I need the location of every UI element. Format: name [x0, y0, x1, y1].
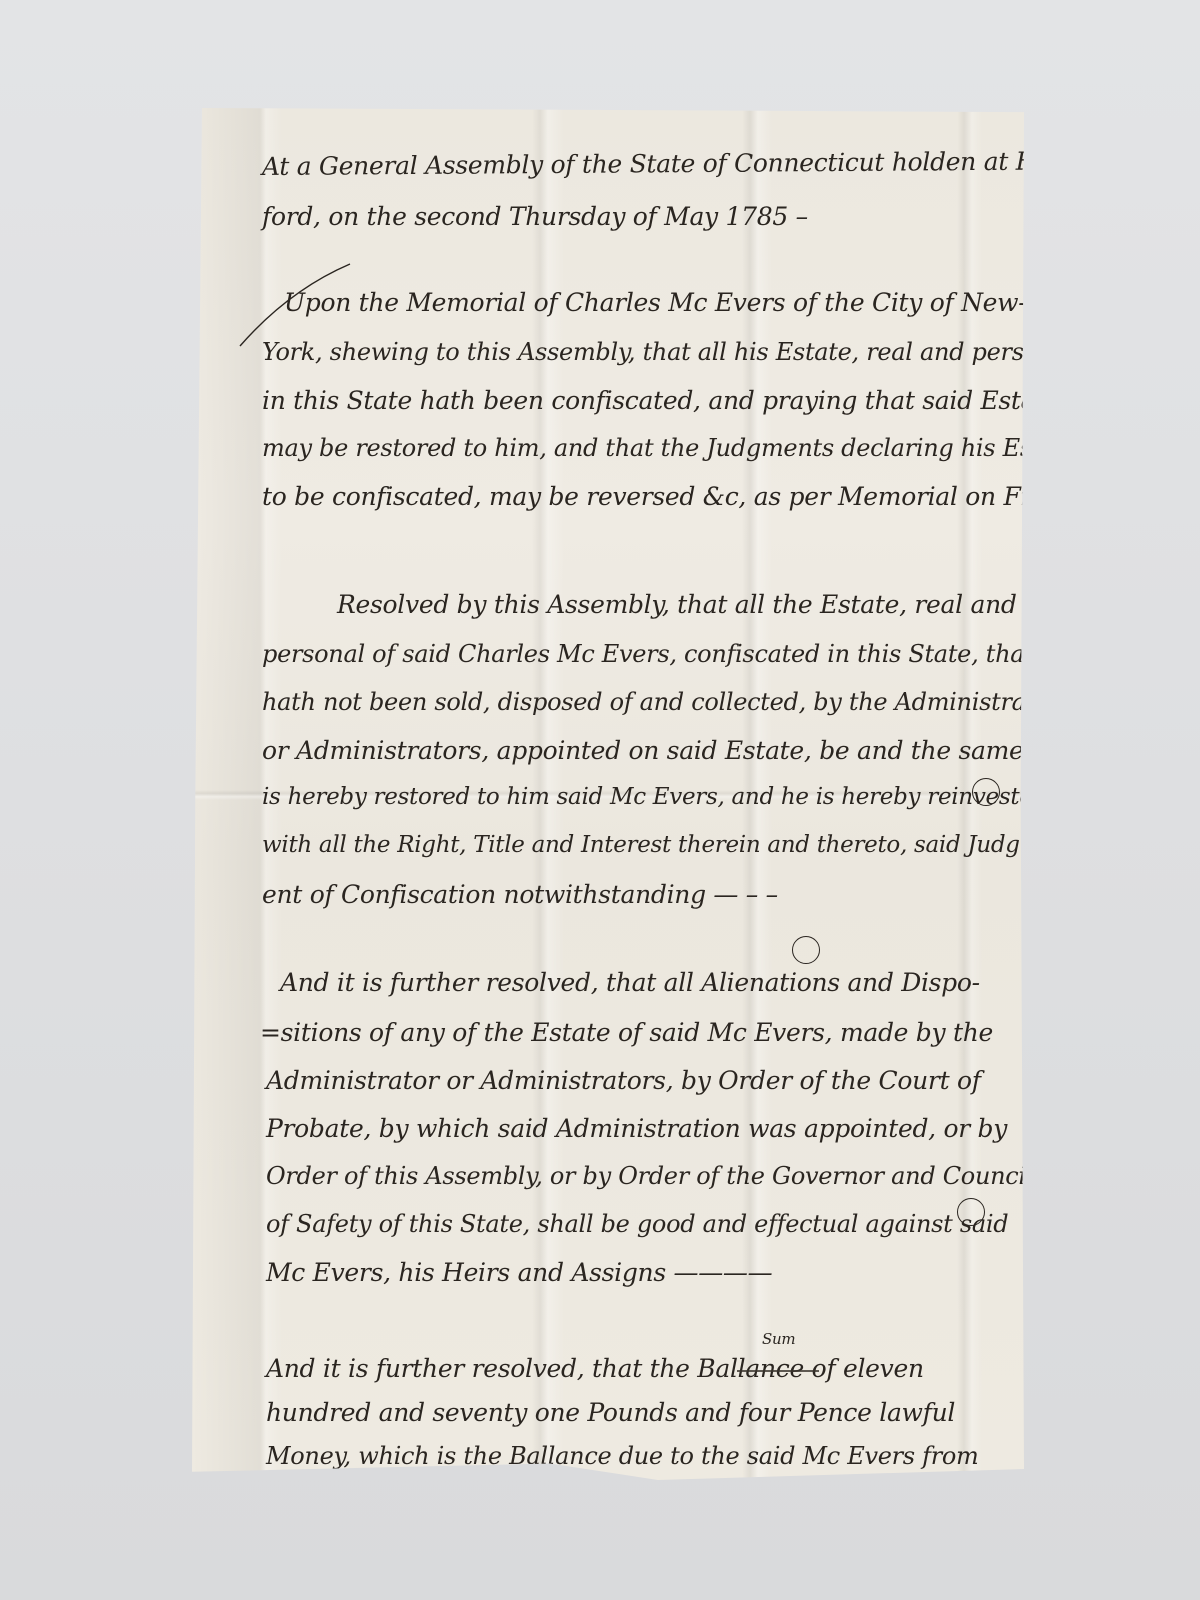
resolution-3-line: And it is further resolved, that the Bal…: [266, 1354, 924, 1383]
memorial-line: Upon the Memorial of Charles Mc Evers of…: [284, 288, 1026, 317]
resolution-1-line: personal of said Charles Mc Evers, confi…: [262, 640, 1034, 668]
resolution-3-line: Money, which is the Ballance due to the …: [266, 1442, 979, 1470]
heading-line: ford, on the second Thursday of May 1785…: [262, 202, 808, 231]
resolution-3-line: hundred and seventy one Pounds and four …: [266, 1398, 955, 1427]
manuscript-page: At a General Assembly of the State of Co…: [192, 108, 1024, 1480]
memorial-line: to be confiscated, may be reversed &c, a…: [262, 482, 1070, 511]
resolution-1-line: with all the Right, Title and Interest t…: [262, 832, 1049, 858]
resolution-1-line: is hereby restored to him said Mc Evers,…: [262, 784, 1047, 810]
resolution-3-line: this State, for Monies paid into the Tre…: [266, 1488, 998, 1516]
resolution-2-line: Administrator or Administrators, by Orde…: [266, 1066, 981, 1095]
memorial-line: in this State hath been confiscated, and…: [262, 386, 1060, 415]
strike-through: [737, 1370, 819, 1372]
resolution-2-line: Mc Evers, his Heirs and Assigns ————: [266, 1258, 772, 1287]
resolution-2-line: of Safety of this State, shall be good a…: [266, 1210, 1008, 1238]
memorial-line: York, shewing to this Assembly, that all…: [262, 338, 1074, 366]
resolution-2-line: Probate, by which said Administration wa…: [266, 1114, 1007, 1143]
circled-mark: [972, 778, 1000, 806]
resolution-1-line: ent of Confiscation notwithstanding — – …: [262, 880, 778, 909]
resolution-1-line: Resolved by this Assembly, that all the …: [337, 590, 1017, 619]
resolution-1-line: or Administrators, appointed on said Est…: [262, 736, 1024, 765]
interlinear-insertion: Sum: [762, 1330, 795, 1348]
heading-line: At a General Assembly of the State of Co…: [262, 146, 1082, 181]
resolution-2-line: And it is further resolved, that all Ali…: [280, 968, 980, 997]
resolution-2-line: Order of this Assembly, or by Order of t…: [266, 1162, 1033, 1190]
circled-mark: [957, 1198, 985, 1226]
memorial-line: may be restored to him, and that the Jud…: [262, 434, 1078, 462]
resolution-2-line: =sitions of any of the Estate of said Mc…: [260, 1018, 993, 1047]
circled-mark: [792, 936, 820, 964]
resolution-1-line: hath not been sold, disposed of and coll…: [262, 688, 1060, 716]
